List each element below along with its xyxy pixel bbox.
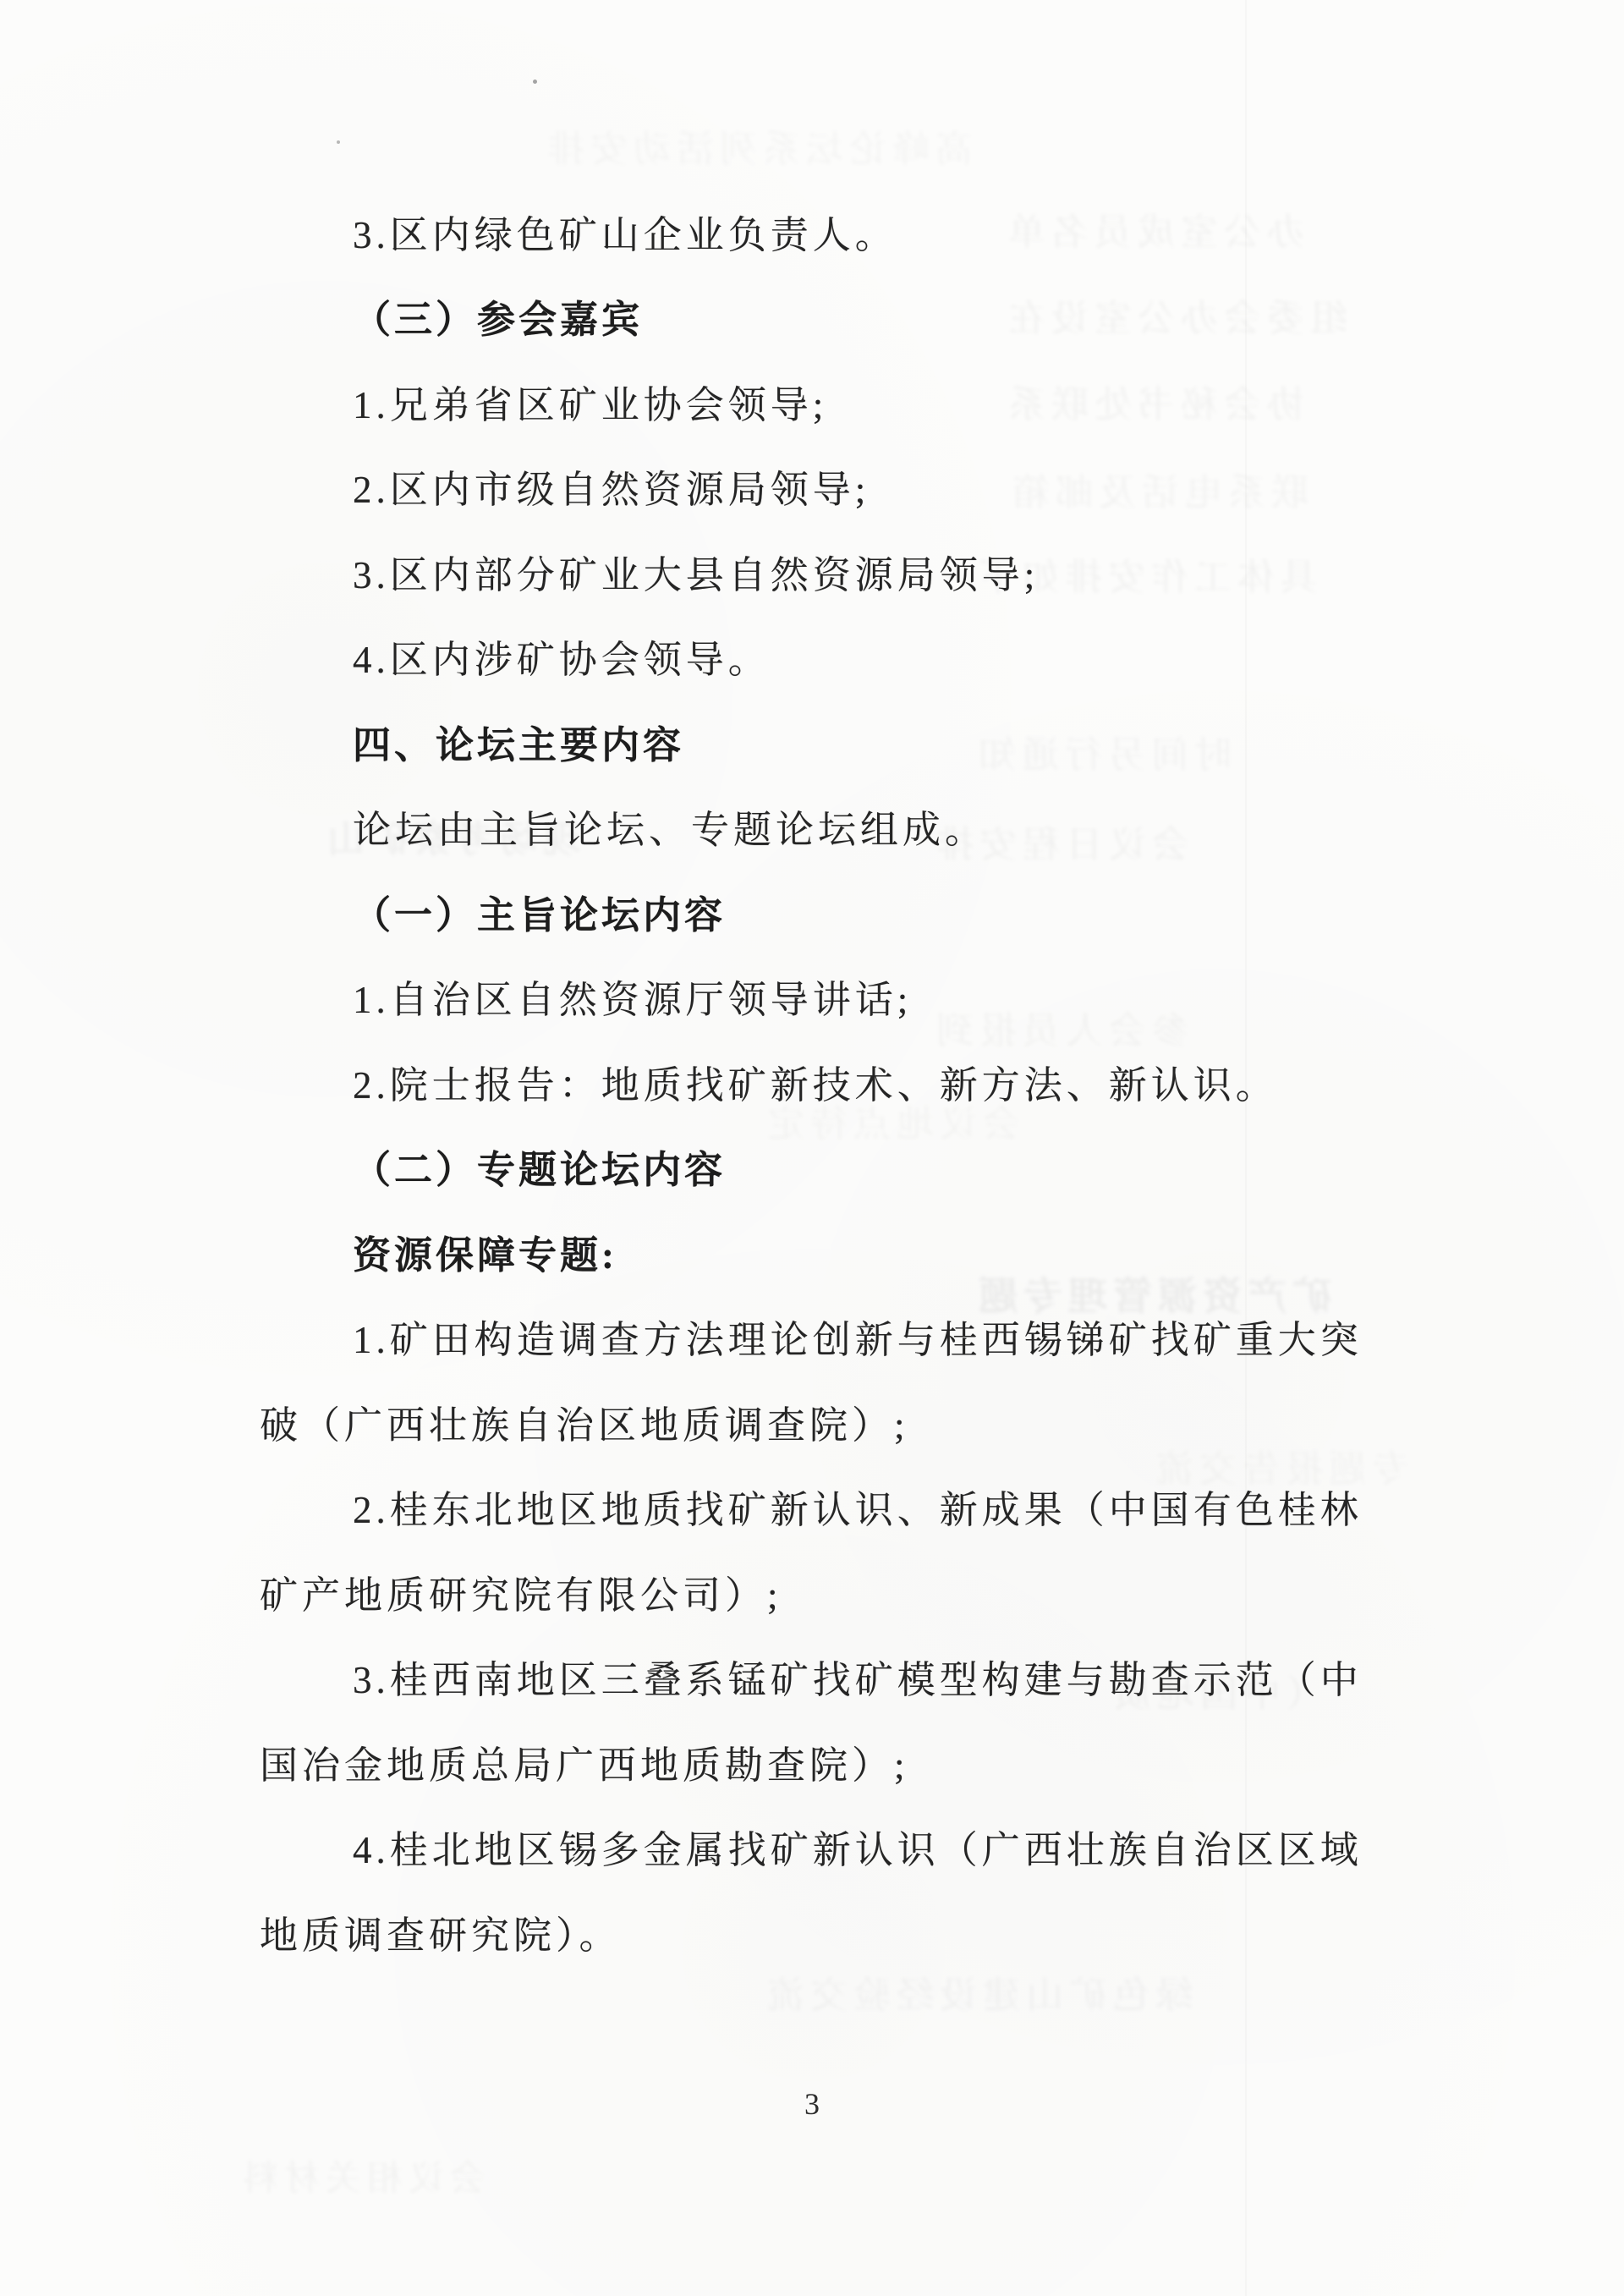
document-line: 矿产地质研究院有限公司）; (0, 1549, 1624, 1634)
line-text: 国冶金地质总局广西地质勘查院）; (260, 1734, 909, 1789)
document-line: 国冶金地质总局广西地质勘查院）; (0, 1719, 1624, 1804)
document-line: 4.区内涉矿协会领导。 (0, 614, 1624, 700)
line-text: 3.区内部分矿业大县自然资源局领导; (353, 544, 1039, 599)
line-text: 四、论坛主要内容 (353, 714, 684, 769)
line-text: 1.自治区自然资源厅领导讲话; (353, 969, 912, 1024)
line-text: （一）主旨论坛内容 (353, 884, 726, 939)
line-text: 4.区内涉矿协会领导。 (353, 629, 771, 684)
document-line: 1.矿田构造调查方法理论创新与桂西锡锑矿找矿重大突 (0, 1294, 1624, 1380)
bleedthrough-text: 会议相关材料 (237, 2150, 486, 2201)
line-text: （三）参会嘉宾 (353, 288, 643, 343)
document-line: 论坛由主旨论坛、专题论坛组成。 (0, 784, 1624, 870)
line-text: 论坛由主旨论坛、专题论坛组成。 (353, 799, 987, 854)
line-text: 2.桂东北地区地质找矿新认识、新成果（中国有色桂林 (353, 1479, 1363, 1534)
document-line: 1.兄弟省区矿业协会领导; (0, 359, 1624, 444)
line-text: 2.区内市级自然资源局领导; (353, 459, 870, 514)
document-line: 3.区内部分矿业大县自然资源局领导; (0, 529, 1624, 614)
document-line: 1.自治区自然资源厅领导讲话; (0, 954, 1624, 1040)
document-line: 地质调查研究院）。 (0, 1889, 1624, 1975)
document-line: 2.桂东北地区地质找矿新认识、新成果（中国有色桂林 (0, 1464, 1624, 1550)
line-text: 4.桂北地区锡多金属找矿新认识（广西壮族自治区区域 (353, 1819, 1363, 1874)
scanned-page: 高峰论坛系列活动安排办公室成员名单组委会办公室设在协会秘书处联系联系电话及邮箱具… (0, 0, 1624, 2296)
document-line: 2.院士报告：地质找矿新技术、新方法、新认识。 (0, 1039, 1624, 1124)
line-text: 破（广西壮族自治区地质调查院）; (260, 1394, 909, 1449)
line-text: 3.桂西南地区三叠系锰矿找矿模型构建与勘查示范（中 (353, 1649, 1363, 1704)
document-body: 3.区内绿色矿山企业负责人。（三）参会嘉宾1.兄弟省区矿业协会领导;2.区内市级… (0, 189, 1624, 1975)
document-line: 3.区内绿色矿山企业负责人。 (0, 189, 1624, 274)
document-line: （三）参会嘉宾 (0, 274, 1624, 360)
line-text: （二）专题论坛内容 (353, 1139, 726, 1194)
line-text: 资源保障专题: (353, 1224, 617, 1279)
scan-speck (533, 80, 537, 84)
document-line: 4.桂北地区锡多金属找矿新认识（广西壮族自治区区域 (0, 1804, 1624, 1890)
document-line: （一）主旨论坛内容 (0, 869, 1624, 954)
document-line: 3.桂西南地区三叠系锰矿找矿模型构建与勘查示范（中 (0, 1634, 1624, 1720)
line-text: 1.兄弟省区矿业协会领导; (353, 374, 827, 429)
line-text: 1.矿田构造调查方法理论创新与桂西锡锑矿找矿重大突 (353, 1309, 1363, 1364)
line-text: 地质调查研究院）。 (260, 1904, 622, 1959)
scan-speck (337, 140, 340, 144)
page-number: 3 (0, 2086, 1624, 2122)
document-line: （二）专题论坛内容 (0, 1124, 1624, 1210)
document-line: 资源保障专题: (0, 1209, 1624, 1294)
document-line: 破（广西壮族自治区地质调查院）; (0, 1379, 1624, 1464)
line-text: 矿产地质研究院有限公司）; (260, 1564, 782, 1619)
bleedthrough-text: 高峰论坛系列活动安排 (541, 118, 973, 173)
document-line: 四、论坛主要内容 (0, 699, 1624, 784)
line-text: 2.院士报告：地质找矿新技术、新方法、新认识。 (353, 1054, 1278, 1109)
line-text: 3.区内绿色矿山企业负责人。 (353, 204, 897, 259)
document-line: 2.区内市级自然资源局领导; (0, 444, 1624, 530)
